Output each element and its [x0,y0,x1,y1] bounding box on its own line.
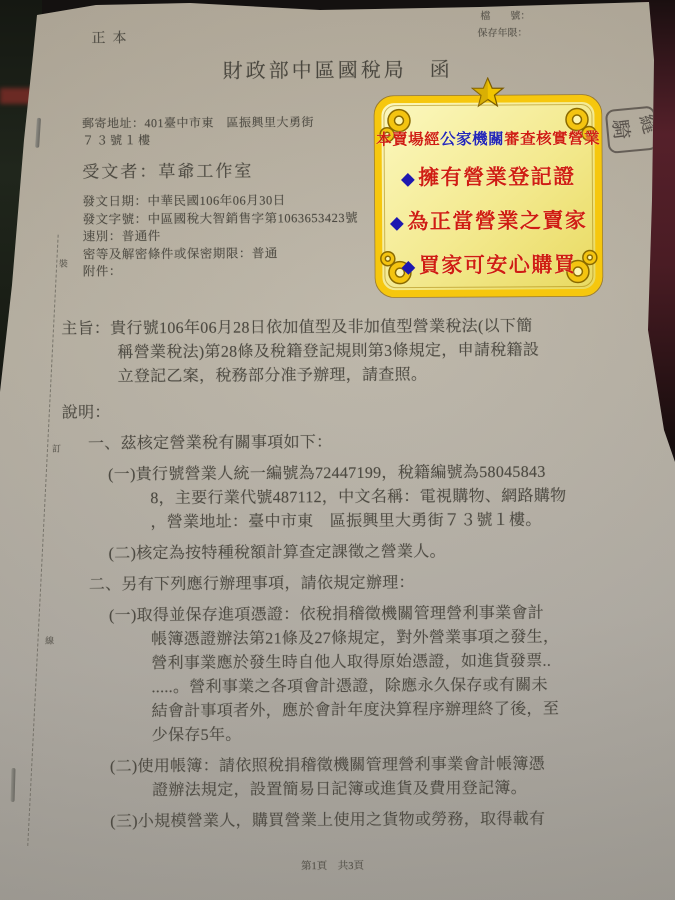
body-line: 少保存5年。 [64,721,650,749]
body-line: 8，主要行業代號487112，中文名稱：電視購物、網路購物 [62,484,648,512]
binding-dashed-line [27,235,58,846]
diamond-icon: ◆ [390,213,405,233]
badge-bullet: ◆擁有營業登記證 [370,160,606,205]
meta-line: 附件： [83,262,359,281]
body-line: 帳簿憑證辦法第21條及27條規定，對外營業事項之發生， [63,625,649,653]
body-line: (一)貴行號營業人統一編號為72447199，稅籍編號為58045843 [62,460,648,488]
meta-line: 發文日期：中華民國106年06月30日 [82,192,358,211]
body-line: (二)使用帳簿：請依照稅捐稽徵機關管理營利事業會計帳簿憑 [64,752,650,780]
binding-mark-ding: 訂 [52,442,61,455]
body-line: (三)小規模營業人，購買營業上使用之貨物或勞務，取得載有 [64,807,650,835]
badge-bullet-text: 買家可安心購買 [419,253,577,278]
meta-line: 密等及解密條件或保密期限：普通 [83,244,359,263]
mailing-address-line2: ７３號１樓 [82,131,152,148]
badge-bullet-text: 為正當營業之賣家 [407,208,587,233]
diamond-icon: ◆ [401,169,416,189]
badge-bullet: ◆買家可安心購買 [371,248,607,293]
document-paper: 正本 檔 號： 保存年限： 財政部中區國稅局 函 郵寄地址：401臺中市東 區振… [0,0,675,900]
body-line: ，營業地址：臺中市東 區振興里大勇街７３號１樓。 [62,508,648,536]
stamp-char-qi: 騎 [607,117,638,141]
meta-line: 發文字號：中區國稅大智銷售字第1063653423號 [83,209,359,228]
body-line: 立登記乙案，稅務部分准予辦理，請查照。 [61,362,647,390]
page-footer: 第1頁 共3頁 [22,856,642,875]
meta-line: 速別：普通件 [83,227,359,246]
badge-header-text: 本賣場經公家機關審查核實營業 [374,126,602,149]
document-body: 主旨：貴行號106年06月28日依加值型及非加值型營業稅法(以下簡稱營業稅法)第… [61,314,650,835]
staple-top [35,118,41,148]
body-line: 一、茲核定營業稅有關事項如下： [62,429,648,457]
verified-seller-badge: 本賣場經公家機關審查核實營業 ◆擁有營業登記證◆為正當營業之賣家◆買家可安心購買 [370,76,607,301]
badge-bullet: ◆為正當營業之賣家 [371,204,607,249]
body-line: 二、另有下列應行辦理事項，請依規定辦理： [63,570,649,598]
body-line: 說明： [62,398,648,426]
staple-bottom [11,768,16,802]
body-line: (一)取得並保存進項憑證：依稅捐稽徵機關管理營利事業會計 [63,601,649,629]
retention-period-label: 保存年限： [477,24,527,39]
recipient-line: 受文者：草爺工作室 [82,157,253,183]
body-line: .....。營利事業之各項會計憑證，除應永久保存或有關未 [63,673,649,701]
body-line: 主旨：貴行號106年06月28日依加值型及非加值型營業稅法(以下簡 [61,314,647,342]
body-line: 結會計事項者外，應於會計年度決算程序辦理終了後，至 [64,697,650,725]
body-line: 稱營業稅法)第28條及稅籍登記規則第3條規定，申請稅籍設 [61,338,647,366]
document-content: 正本 檔 號： 保存年限： 財政部中區國稅局 函 郵寄地址：401臺中市東 區振… [0,0,675,900]
mailing-address-line1: 郵寄地址：401臺中市東 區振興里大勇街 [82,113,314,131]
diamond-icon: ◆ [401,257,416,277]
binding-mark-zhuang: 裝 [59,257,68,270]
copy-label: 正本 [91,27,133,47]
badge-header-segment: 本賣場經 [376,131,440,148]
body-line: 營利事業應於發生時自他人取得原始憑證，如進貨發票.. [63,649,649,677]
document-meta-block: 發文日期：中華民國106年06月30日發文字號：中區國稅大智銷售字第106365… [82,192,358,281]
badge-bullet-text: 擁有營業登記證 [418,165,576,190]
badge-bullet-list: ◆擁有營業登記證◆為正當營業之賣家◆買家可安心購買 [370,160,607,293]
body-line: 證辦法規定，設置簡易日記簿或進貨及費用登記簿。 [64,776,650,804]
badge-header-segment: 公家機關 [440,131,504,148]
binding-mark-xian: 線 [45,634,54,647]
file-number-label: 檔 號： [480,7,530,22]
body-line: (二)核定為按特種稅額計算查定課徵之營業人。 [63,539,649,567]
badge-header-segment: 審查核實營業 [504,130,600,148]
